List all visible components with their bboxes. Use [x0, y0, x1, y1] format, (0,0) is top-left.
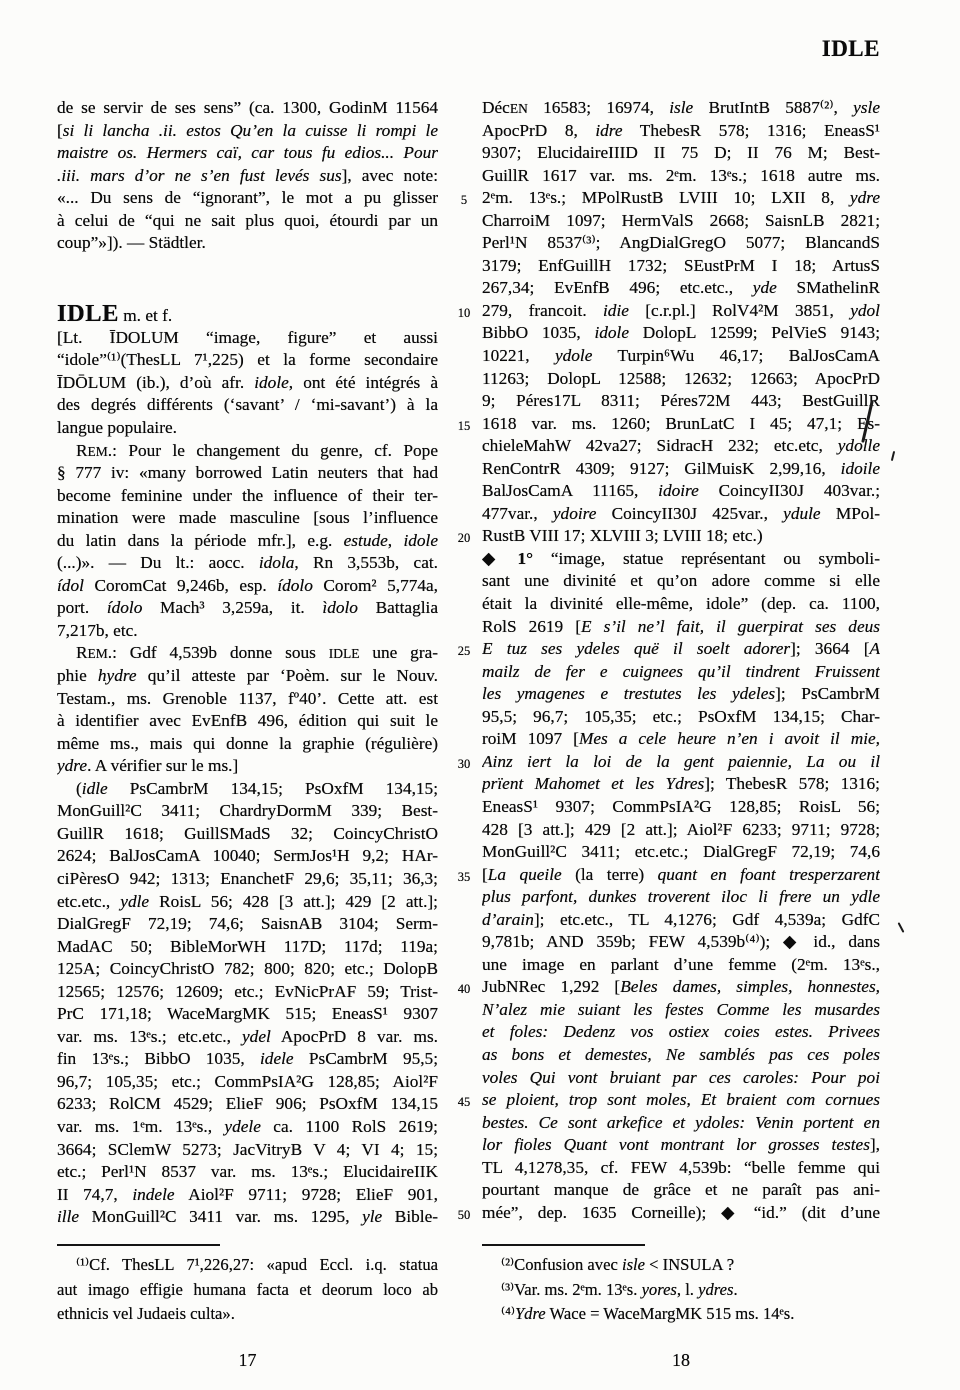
- text-line: 477var., ydoire CoincyII30J 425var., ydu…: [482, 503, 880, 526]
- text-line: etc.; Perl¹N 8537 var. ms. 13ᵉs.; Elucid…: [57, 1161, 438, 1184]
- text-line: ciPèresO 942; 1313; EnanchetF 29,6; 35,1…: [57, 868, 438, 891]
- line-number-gutter: 5101520253035404550: [450, 0, 478, 1390]
- line-number: 50: [450, 1208, 478, 1222]
- text-line: MonGuill²C 3411; ChardryDormM 339; Best-: [57, 800, 438, 823]
- text-line: coup”»]). — Städtler.: [57, 232, 438, 255]
- text-line: de se servir de ses sens” (ca. 1300, God…: [57, 97, 438, 120]
- text-line: var. ms. 1ᵉm. 13ᵉs., ydele ca. 1100 RolS…: [57, 1116, 438, 1139]
- text-line: 9307; ElucidaireIIID II 75 D; II 76 M; B…: [482, 142, 880, 165]
- text-line: mination were made masculine [sous l’inf…: [57, 507, 438, 530]
- right-column: DécEN 16583; 16974, isle BrutIntB 5887⁽²…: [482, 97, 880, 1224]
- footnote-text: ⁽²⁾Confusion avec isle < INSULA ?⁽³⁾Var.…: [482, 1253, 880, 1327]
- text-line: voles Qui vont bruiant par ces caroles: …: [482, 1067, 880, 1090]
- text-line: ⁽³⁾Var. ms. 2ᵉm. 13ᵉs. yores, l. ydres.: [482, 1278, 880, 1303]
- text-line: DécEN 16583; 16974, isle BrutIntB 5887⁽²…: [482, 97, 880, 120]
- text-line: [La queile (la terre) quant en foant tre…: [482, 864, 880, 887]
- text-line: 12565; 12576; 12609; etc.; EvNicPrAF 59;…: [57, 981, 438, 1004]
- etymology-paragraph: [Lt. ĪDOLUM “image, figure” et aussi“ido…: [57, 327, 438, 440]
- remark-genre: REM.: Pour le changement du genre, cf. P…: [57, 440, 438, 643]
- text-line: become feminine under the influence of t…: [57, 485, 438, 508]
- text-line: var. ms. 13ᵉs.; etc.etc., ydel ApocPrD 8…: [57, 1026, 438, 1049]
- footnote-rule: [482, 1244, 645, 1246]
- line-number: 30: [450, 757, 478, 771]
- text-line: à identifier avec EvEnfB 496, édition qu…: [57, 710, 438, 733]
- forms-list-continued: DécEN 16583; 16974, isle BrutIntB 5887⁽²…: [482, 97, 880, 548]
- line-number: 20: [450, 531, 478, 545]
- text-line: sant une divinité et qu’on adore comme s…: [482, 570, 880, 593]
- text-line: (idle PsCambrM 134,15; PsOxfM 134,15;: [57, 778, 438, 801]
- text-line: “idole”⁽¹⁾(ThesLL 7¹,225) et la forme se…: [57, 349, 438, 372]
- text-line: lor fioles Quant vont montrant lor gross…: [482, 1134, 880, 1157]
- left-column: de se servir de ses sens” (ca. 1300, God…: [57, 97, 438, 1229]
- text-line: mée”, dep. 1635 Corneille); ◆ “id.” (dit…: [482, 1202, 880, 1225]
- text-line: les ymagenes e trestutes les ydeles]; Ps…: [482, 683, 880, 706]
- text-line: pourtant manque de grâce et ne paraît pa…: [482, 1179, 880, 1202]
- pen-mark: [898, 922, 905, 933]
- text-line: 9,781b; AND 359b; FEW 4,539b⁽⁴⁾); ◆ id.,…: [482, 931, 880, 954]
- text-line: BalJosCamA 11165, idoire CoincyII30J 403…: [482, 480, 880, 503]
- text-line: MonGuill²C 3411; etc.etc.; DialGregF 72,…: [482, 841, 880, 864]
- text-line: [Lt. ĪDOLUM “image, figure” et aussi: [57, 327, 438, 350]
- text-line: .iii. mars d’or ne s’en fust levés sus],…: [57, 165, 438, 188]
- line-number: 45: [450, 1095, 478, 1109]
- text-line: E tuz ses ydeles quë il soelt adorer]; 3…: [482, 638, 880, 661]
- text-line: des degrés différents (‘savant’ / ‘mi-sa…: [57, 394, 438, 417]
- text-line: 3664; SClemW 5273; JacVitryB V 4; VI 4; …: [57, 1139, 438, 1162]
- text-line: ídol CoromCat 9,246b, esp. ídolo Corom² …: [57, 575, 438, 598]
- text-line: Testam., ms. Grenoble 1137, fº40’. Cette…: [57, 688, 438, 711]
- text-line: et foles: Dedenz vos ostiex coies estes.…: [482, 1021, 880, 1044]
- pen-mark: [891, 451, 895, 461]
- entry-headword: IDLE m. et f.: [57, 301, 438, 327]
- left-footnotes: ⁽¹⁾Cf. ThesLL 7¹,226,27: «apud Eccl. i.q…: [57, 1244, 438, 1327]
- text-line: bestes. Ce sont arkefice et ydoles: Veni…: [482, 1112, 880, 1135]
- text-line: RustB VIII 17; XLVIII 3; LVIII 18; etc.): [482, 525, 880, 548]
- text-line: ille MonGuill²C 3411 var. ms. 1295, yle …: [57, 1206, 438, 1229]
- text-line: 428 [3 att.]; 429 [2 att.]; Aiol²F 6233;…: [482, 819, 880, 842]
- text-line: MadAC 50; BibleMorWH 117D; 117d; 119a;: [57, 936, 438, 959]
- text-line: RolS 2619 [E s’il ne’l fait, il guerpira…: [482, 616, 880, 639]
- text-line: 11263; DolopL 12588; 12632; 12663; ApocP…: [482, 368, 880, 391]
- text-line: 125A; CoincyChristO 782; 800; 820; etc.;…: [57, 958, 438, 981]
- text-line: fin 13ᵉs.; BibbO 1035, idele PsCambrM 95…: [57, 1048, 438, 1071]
- text-line: (...)». — Du lt.: aocc. idola, Rn 3,553b…: [57, 552, 438, 575]
- text-line: langue populaire.: [57, 417, 438, 440]
- text-line: 96,7; 105,35; etc.; CommPsIA²G 128,85; A…: [57, 1071, 438, 1094]
- text-line: [si li lancha .ii. estos Qu’en la cuisse…: [57, 120, 438, 143]
- text-line: même ms., mais qui donne la graphie (rég…: [57, 733, 438, 756]
- text-line: REM.: Gdf 4,539b donne sous IDLE une gra…: [57, 642, 438, 665]
- text-line: REM.: Pour le changement du genre, cf. P…: [57, 440, 438, 463]
- text-line: «... Du sens de “ignorant”, le mot a pu …: [57, 187, 438, 210]
- text-line: d’arain]; etc.etc., TL 4,1276; Gdf 4,539…: [482, 909, 880, 932]
- footnote-text: ⁽¹⁾Cf. ThesLL 7¹,226,27: «apud Eccl. i.q…: [57, 1253, 438, 1327]
- text-line: aut imago effigie humana facta et deorum…: [57, 1278, 438, 1303]
- text-line: ⁽¹⁾Cf. ThesLL 7¹,226,27: «apud Eccl. i.q…: [57, 1253, 438, 1278]
- text-line: etc.etc., ydle RoisL 56; 428 [3 att.]; 4…: [57, 891, 438, 914]
- text-line: ethnicis vel Judaeis culta».: [57, 1302, 438, 1327]
- text-line: une image en parlant d’une femme (2ᵉm. 1…: [482, 954, 880, 977]
- text-line: N’alez mie suiant les festes Comme les m…: [482, 999, 880, 1022]
- text-line: § 777 iv: «many borrowed Latin neuters t…: [57, 462, 438, 485]
- line-number: 35: [450, 870, 478, 884]
- text-line: 10221, ydole Turpin⁶Wu 46,17; BalJosCamA: [482, 345, 880, 368]
- text-line: 7,217b, etc.: [57, 620, 438, 643]
- text-line: 9; Péres17L 8311; Péres72M 443; BestGuil…: [482, 390, 880, 413]
- text-line: JubNRec 1,292 [Beles dames, simples, hon…: [482, 976, 880, 999]
- continuation-paragraph: de se servir de ses sens” (ca. 1300, God…: [57, 97, 438, 255]
- text-line: Ainz iert la loi de la gent paiennie, La…: [482, 751, 880, 774]
- text-line: plus parfont, dunkes troverent iloc li f…: [482, 886, 880, 909]
- dictionary-page: IDLE de se servir de ses sens” (ca. 1300…: [0, 0, 960, 1390]
- text-line: GuillR 1618; GuillSMadS 32; CoincyChrist…: [57, 823, 438, 846]
- text-line: 267,34; EvEnfB 496; etc.etc., yde SMathe…: [482, 277, 880, 300]
- text-line: se ploient, trop sont moles, Et braient …: [482, 1089, 880, 1112]
- text-line: GuillR 1617 var. ms. 2ᵉm. 13ᵉs.; 1618 au…: [482, 165, 880, 188]
- text-line: 2624; BalJosCamA 10040; SermJos¹H 9,2; H…: [57, 845, 438, 868]
- right-footnotes: ⁽²⁾Confusion avec isle < INSULA ?⁽³⁾Var.…: [482, 1244, 880, 1327]
- text-line: 95,5; 96,7; 105,35; etc.; PsOxfM 134,15;…: [482, 706, 880, 729]
- text-line: 2ᵉm. 13ᵉs.; MPolRustB LVIII 10; LXII 8, …: [482, 187, 880, 210]
- forms-list: (idle PsCambrM 134,15; PsOxfM 134,15;Mon…: [57, 778, 438, 1229]
- text-line: était la divinité elle-même, idole” (dep…: [482, 593, 880, 616]
- footnote-rule: [57, 1244, 220, 1246]
- text-line: prïent Mahomet et les Ydres]; ThebesR 57…: [482, 773, 880, 796]
- text-line: maistre os. Hermers caï, car tous fu edi…: [57, 142, 438, 165]
- sense-1: ◆ 1° “image, statue représentant ou symb…: [482, 548, 880, 1224]
- line-number: 15: [450, 419, 478, 433]
- text-line: EneasS¹ 9307; CommPsIA²G 128,85; RoisL 5…: [482, 796, 880, 819]
- text-line: DialGregF 72,19; 74,6; SaisnAB 3104; Ser…: [57, 913, 438, 936]
- text-line: PrC 171,18; WaceMargMK 515; EneasS¹ 9307: [57, 1003, 438, 1026]
- text-line: à celui de “qui ne sait plus quoi, étour…: [57, 210, 438, 233]
- text-line: Perl¹N 8537⁽³⁾; AngDialGregO 5077; Blanc…: [482, 232, 880, 255]
- text-line: IDLE m. et f.: [57, 301, 438, 327]
- text-line: as bons et demestes, Ne samblés pas ces …: [482, 1044, 880, 1067]
- text-line: chieleMahW 42va27; SidracH 232; etc.etc,…: [482, 435, 880, 458]
- text-line: TL 4,1278,35, cf. FEW 4,539b: “belle fem…: [482, 1157, 880, 1180]
- text-line: port. ídolo Mach³ 3,259a, it. ìdolo Batt…: [57, 597, 438, 620]
- text-line: II 74,7, indele Aiol²F 9711; 9728; ElieF…: [57, 1184, 438, 1207]
- text-line: ⁽²⁾Confusion avec isle < INSULA ?: [482, 1253, 880, 1278]
- text-line: RenContrR 4309; 9127; GilMuisK 2,99,16, …: [482, 458, 880, 481]
- text-line: ĪDŌLUM (ib.), d’où afr. idole, ont été i…: [57, 372, 438, 395]
- text-line: BibbO 1035, idole DolopL 12599; PelVieS …: [482, 322, 880, 345]
- line-number: 5: [450, 193, 478, 207]
- text-line: ApocPrD 8, idre ThebesR 578; 1316; Eneas…: [482, 120, 880, 143]
- text-line: ydre. A vérifier sur le ms.]: [57, 755, 438, 778]
- text-line: mailz de fer e cuignees qu’il tindrent F…: [482, 661, 880, 684]
- text-line: roiM 1097 [Mes a cele heure n’en i avoit…: [482, 728, 880, 751]
- text-line: 6233; RolCM 4529; ElieF 906; PsOxfM 134,…: [57, 1093, 438, 1116]
- left-page-number: 17: [57, 1350, 438, 1371]
- text-line: 1618 var. ms. 1260; BrunLatC I 45; 47,1;…: [482, 413, 880, 436]
- text-line: 3179; EnfGuillH 1732; SEustPrM I 18; Art…: [482, 255, 880, 278]
- text-line: 279, francoit. idie [c.r.pl.] RolV4²M 38…: [482, 300, 880, 323]
- text-line: ◆ 1° “image, statue représentant ou symb…: [482, 548, 880, 571]
- line-number: 40: [450, 982, 478, 996]
- text-line: du latin dans la période mfr.], e.g. est…: [57, 530, 438, 553]
- text-line: ⁽⁴⁾Ydre Wace = WaceMargMK 515 ms. 14ᵉs.: [482, 1302, 880, 1327]
- text-line: CharroiM 1097; HermValS 2668; SaisnLB 28…: [482, 210, 880, 233]
- line-number: 10: [450, 306, 478, 320]
- text-line: phie hydre qu’il atteste par ‘Poèm. sur …: [57, 665, 438, 688]
- running-head: IDLE: [822, 36, 880, 62]
- right-page-number: 18: [482, 1350, 880, 1371]
- remark-graphie: REM.: Gdf 4,539b donne sous IDLE une gra…: [57, 642, 438, 777]
- line-number: 25: [450, 644, 478, 658]
